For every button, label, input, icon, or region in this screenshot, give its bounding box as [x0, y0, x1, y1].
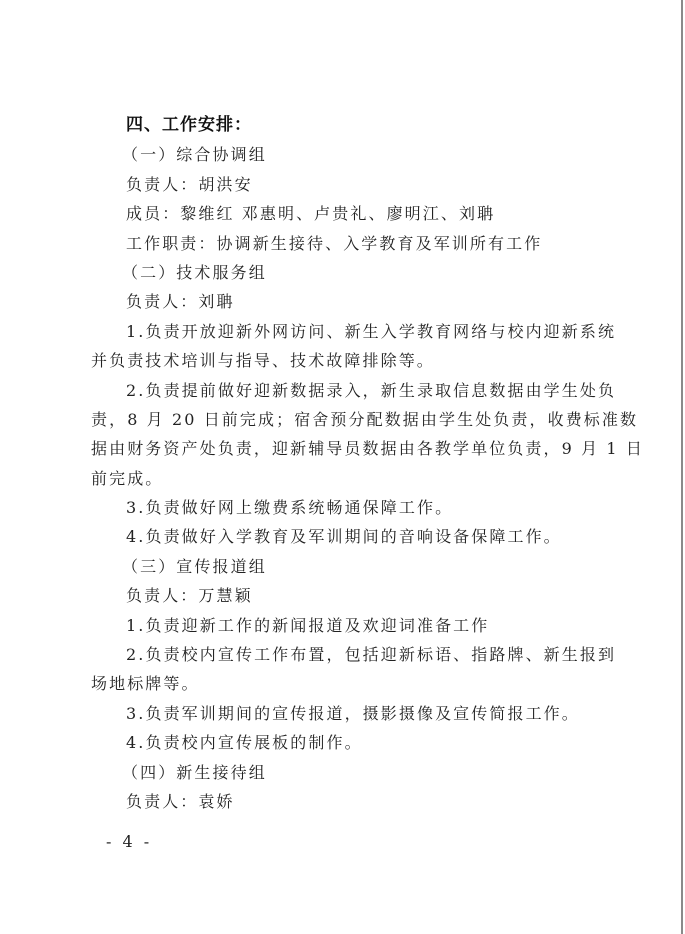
tech-item-1-line-2: 并负责技术培训与指导、技术故障排除等。 [91, 346, 601, 375]
group-title-publicity: （三）宣传报道组 [91, 552, 601, 581]
tech-item-1-line-1: 1.负责开放迎新外网访问、新生入学教育网络与校内迎新系统 [91, 317, 601, 346]
page-edge-border [681, 0, 683, 934]
tech-item-4: 4.负责做好入学教育及军训期间的音响设备保障工作。 [91, 522, 601, 551]
section-heading: 四、工作安排： [91, 111, 601, 140]
publicity-item-2-line-1: 2.负责校内宣传工作布置，包括迎新标语、指路牌、新生报到 [91, 640, 601, 669]
group-leader-coordination: 负责人：胡洪安 [91, 170, 601, 199]
publicity-item-1: 1.负责迎新工作的新闻报道及欢迎词准备工作 [91, 611, 601, 640]
page-number: - 4 - [106, 832, 152, 851]
document-page: 四、工作安排： （一）综合协调组 负责人：胡洪安 成员：黎维红 邓惠明、卢贵礼、… [91, 111, 601, 816]
tech-item-3: 3.负责做好网上缴费系统畅通保障工作。 [91, 493, 601, 522]
group-leader-reception: 负责人：袁娇 [91, 787, 601, 816]
group-duties-coordination: 工作职责：协调新生接待、入学教育及军训所有工作 [91, 229, 601, 258]
publicity-item-2-line-2: 场地标牌等。 [91, 669, 601, 698]
group-title-tech: （二）技术服务组 [91, 258, 601, 287]
tech-item-2-line-2: 责，8 月 20 日前完成；宿舍预分配数据由学生处负责，收费标准数 [91, 405, 601, 434]
group-title-coordination: （一）综合协调组 [91, 140, 601, 169]
group-leader-tech: 负责人：刘聃 [91, 287, 601, 316]
group-title-reception: （四）新生接待组 [91, 758, 601, 787]
publicity-item-3: 3.负责军训期间的宣传报道，摄影摄像及宣传简报工作。 [91, 699, 601, 728]
tech-item-2-line-4: 前完成。 [91, 464, 601, 493]
publicity-item-4: 4.负责校内宣传展板的制作。 [91, 728, 601, 757]
group-leader-publicity: 负责人：万慧颖 [91, 581, 601, 610]
tech-item-2-line-3: 据由财务资产处负责，迎新辅导员数据由各教学单位负责，9 月 1 日 [91, 434, 601, 463]
tech-item-2-line-1: 2.负责提前做好迎新数据录入，新生录取信息数据由学生处负 [91, 376, 601, 405]
group-members-coordination: 成员：黎维红 邓惠明、卢贵礼、廖明江、刘聃 [91, 199, 601, 228]
